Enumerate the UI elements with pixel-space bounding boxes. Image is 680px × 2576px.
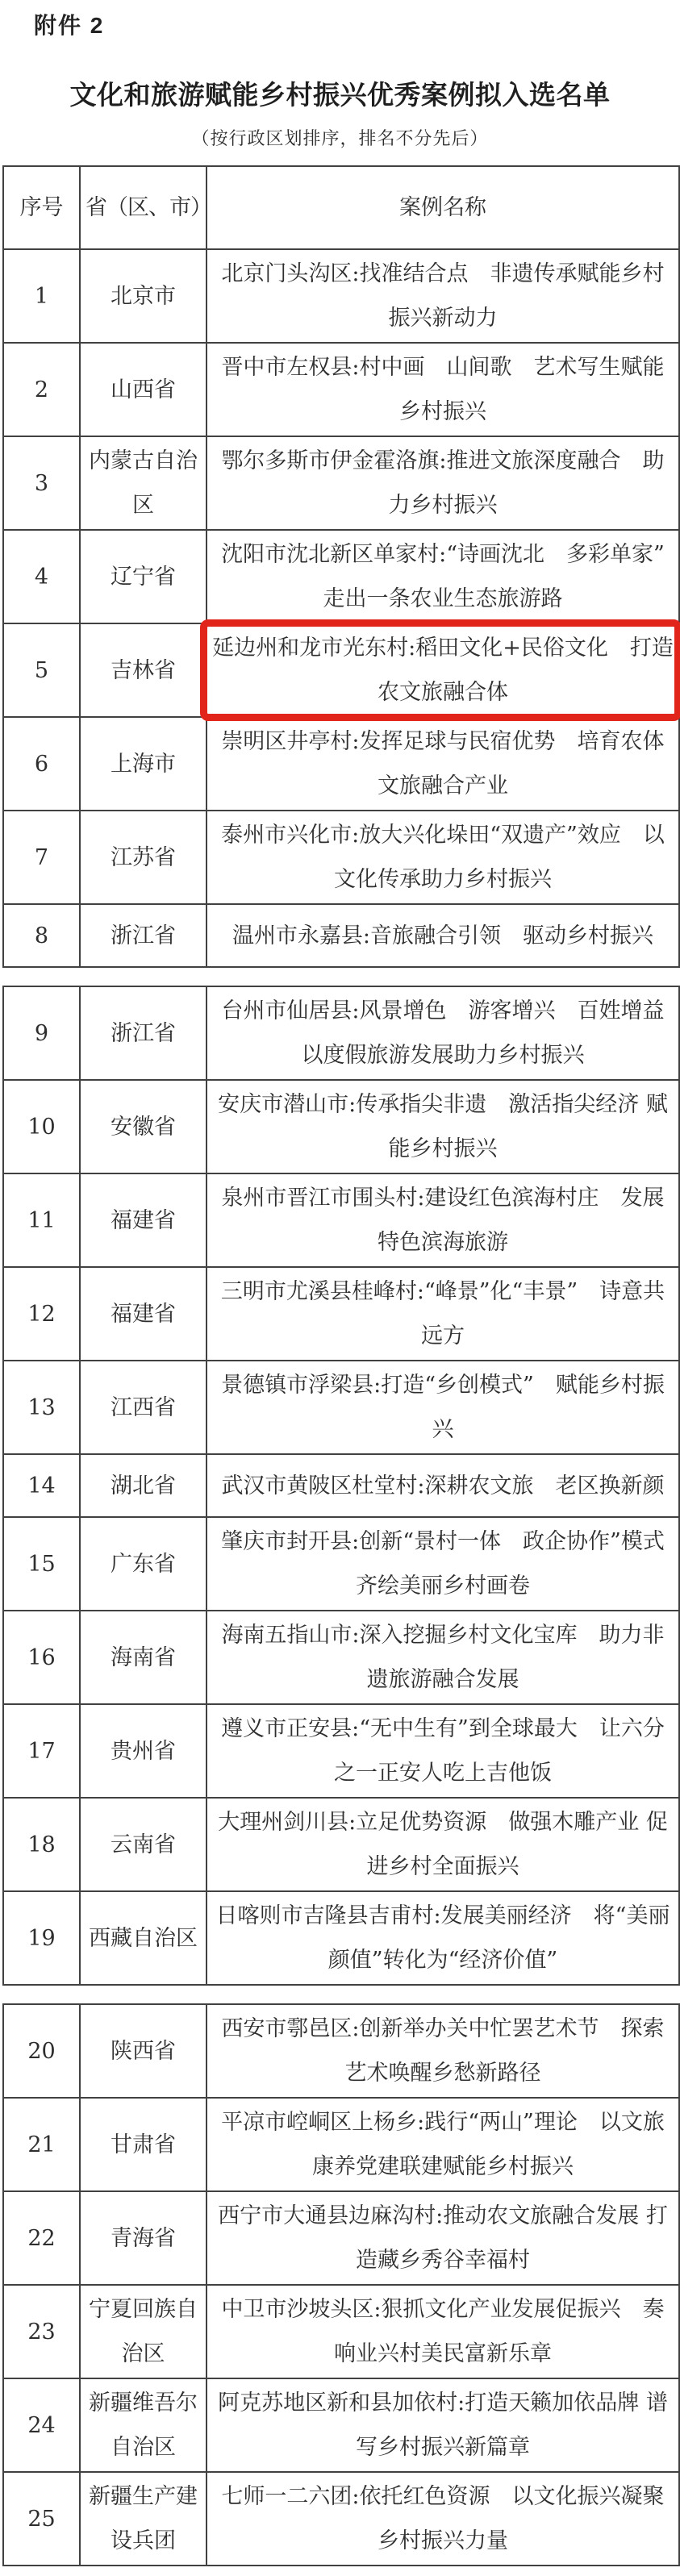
case-name-cell: 西宁市大通县边麻沟村:推动农文旅融合发展 打造藏乡秀谷幸福村: [207, 2191, 679, 2285]
row-number-cell: 7: [3, 811, 80, 904]
header-case: 案例名称: [207, 166, 679, 249]
row-number-cell: 13: [3, 1361, 80, 1454]
attachment-label: 附件 2: [34, 13, 680, 39]
table-header-row: 序号省（区、市）案例名称: [3, 166, 679, 249]
table-row: 12福建省三明市尤溪县桂峰村:“峰景”化“丰景” 诗意共远方: [3, 1267, 679, 1361]
case-name-cell: 安庆市潜山市:传承指尖非遗 激活指尖经济 赋能乡村振兴: [207, 1080, 679, 1173]
province-cell: 浙江省: [80, 986, 207, 1080]
case-name-cell: 鄂尔多斯市伊金霍洛旗:推进文旅深度融合 助力乡村振兴: [207, 436, 679, 530]
row-number-cell: 12: [3, 1267, 80, 1361]
table-row: 21甘肃省平凉市崆峒区上杨乡:践行“两山”理论 以文旅康养党建联建赋能乡村振兴: [3, 2098, 679, 2191]
province-cell: 陕西省: [80, 2004, 207, 2098]
row-number-cell: 15: [3, 1517, 80, 1611]
row-number-cell: 5: [3, 623, 80, 717]
table-row: 18云南省大理州剑川县:立足优势资源 做强木雕产业 促进乡村全面振兴: [3, 1798, 679, 1891]
row-number-cell: 22: [3, 2191, 80, 2285]
case-table-segment: 9浙江省台州市仙居县:风景增色 游客增兴 百姓增益 以度假旅游发展助力乡村振兴1…: [2, 986, 680, 1986]
case-name-cell: 西安市鄠邑区:创新举办关中忙罢艺术节 探索艺术唤醒乡愁新路径: [207, 2004, 679, 2098]
case-name-cell: 沈阳市沈北新区单家村:“诗画沈北 多彩单家” 走出一条农业生态旅游路: [207, 530, 679, 623]
page-subtitle: （按行政区划排序，排名不分先后）: [0, 127, 680, 152]
case-table-segment: 序号省（区、市）案例名称1北京市北京门头沟区:找准结合点 非遗传承赋能乡村振兴新…: [2, 165, 680, 968]
province-cell: 内蒙古自治区: [80, 436, 207, 530]
row-number-cell: 11: [3, 1173, 80, 1267]
table-row: 8浙江省温州市永嘉县:音旅融合引领 驱动乡村振兴: [3, 904, 679, 967]
case-name-cell: 日喀则市吉隆县吉甫村:发展美丽经济 将“美丽颜值”转化为“经济价值”: [207, 1891, 679, 1985]
row-number-cell: 16: [3, 1611, 80, 1704]
row-number-cell: 23: [3, 2285, 80, 2378]
province-cell: 贵州省: [80, 1704, 207, 1798]
case-name-cell: 平凉市崆峒区上杨乡:践行“两山”理论 以文旅康养党建联建赋能乡村振兴: [207, 2098, 679, 2191]
province-cell: 吉林省: [80, 623, 207, 717]
province-cell: 安徽省: [80, 1080, 207, 1173]
table-row: 23宁夏回族自治区中卫市沙坡头区:狠抓文化产业发展促振兴 奏响业兴村美民富新乐章: [3, 2285, 679, 2378]
case-name-cell: 北京门头沟区:找准结合点 非遗传承赋能乡村振兴新动力: [207, 249, 679, 343]
province-cell: 新疆维吾尔自治区: [80, 2378, 207, 2472]
row-number-cell: 19: [3, 1891, 80, 1985]
province-cell: 江苏省: [80, 811, 207, 904]
case-name-cell: 台州市仙居县:风景增色 游客增兴 百姓增益 以度假旅游发展助力乡村振兴: [207, 986, 679, 1080]
table-row: 9浙江省台州市仙居县:风景增色 游客增兴 百姓增益 以度假旅游发展助力乡村振兴: [3, 986, 679, 1080]
row-number-cell: 25: [3, 2472, 80, 2566]
province-cell: 青海省: [80, 2191, 207, 2285]
table-row: 16海南省海南五指山市:深入挖掘乡村文化宝库 助力非遗旅游融合发展: [3, 1611, 679, 1704]
table-row: 5吉林省延边州和龙市光东村:稻田文化+民俗文化 打造农文旅融合体: [3, 623, 679, 717]
province-cell: 浙江省: [80, 904, 207, 967]
case-name-cell: 晋中市左权县:村中画 山间歌 艺术写生赋能乡村振兴: [207, 343, 679, 436]
row-number-cell: 14: [3, 1454, 80, 1517]
province-cell: 海南省: [80, 1611, 207, 1704]
table-row: 2山西省晋中市左权县:村中画 山间歌 艺术写生赋能乡村振兴: [3, 343, 679, 436]
row-number-cell: 20: [3, 2004, 80, 2098]
row-number-cell: 8: [3, 904, 80, 967]
row-number-cell: 10: [3, 1080, 80, 1173]
table-row: 20陕西省西安市鄠邑区:创新举办关中忙罢艺术节 探索艺术唤醒乡愁新路径: [3, 2004, 679, 2098]
row-number-cell: 1: [3, 249, 80, 343]
province-cell: 福建省: [80, 1173, 207, 1267]
case-name-cell: 七师一二六团:依托红色资源 以文化振兴凝聚乡村振兴力量: [207, 2472, 679, 2566]
table-row: 3内蒙古自治区鄂尔多斯市伊金霍洛旗:推进文旅深度融合 助力乡村振兴: [3, 436, 679, 530]
case-name-cell: 中卫市沙坡头区:狠抓文化产业发展促振兴 奏响业兴村美民富新乐章: [207, 2285, 679, 2378]
table-row: 22青海省西宁市大通县边麻沟村:推动农文旅融合发展 打造藏乡秀谷幸福村: [3, 2191, 679, 2285]
row-number-cell: 24: [3, 2378, 80, 2472]
table-row: 6上海市崇明区井亭村:发挥足球与民宿优势 培育农体文旅融合产业: [3, 717, 679, 811]
highlight-box: [200, 619, 680, 721]
case-name-cell: 武汉市黄陂区杜堂村:深耕农文旅 老区换新颜: [207, 1454, 679, 1517]
header-province: 省（区、市）: [80, 166, 207, 249]
table-row: 7江苏省泰州市兴化市:放大兴化垛田“双遗产”效应 以文化传承助力乡村振兴: [3, 811, 679, 904]
case-name-cell: 泉州市晋江市围头村:建设红色滨海村庄 发展特色滨海旅游: [207, 1173, 679, 1267]
province-cell: 北京市: [80, 249, 207, 343]
province-cell: 广东省: [80, 1517, 207, 1611]
case-name-cell: 海南五指山市:深入挖掘乡村文化宝库 助力非遗旅游融合发展: [207, 1611, 679, 1704]
row-number-cell: 4: [3, 530, 80, 623]
row-number-cell: 2: [3, 343, 80, 436]
case-name-cell: 三明市尤溪县桂峰村:“峰景”化“丰景” 诗意共远方: [207, 1267, 679, 1361]
case-name-cell: 大理州剑川县:立足优势资源 做强木雕产业 促进乡村全面振兴: [207, 1798, 679, 1891]
case-name-cell: 肇庆市封开县:创新“景村一体 政企协作”模式 齐绘美丽乡村画卷: [207, 1517, 679, 1611]
province-cell: 云南省: [80, 1798, 207, 1891]
province-cell: 湖北省: [80, 1454, 207, 1517]
case-name-cell: 崇明区井亭村:发挥足球与民宿优势 培育农体文旅融合产业: [207, 717, 679, 811]
header-index: 序号: [3, 166, 80, 249]
case-name-cell: 延边州和龙市光东村:稻田文化+民俗文化 打造农文旅融合体: [207, 623, 679, 717]
table-row: 17贵州省遵义市正安县:“无中生有”到全球最大 让六分之一正安人吃上吉他饭: [3, 1704, 679, 1798]
table-row: 15广东省肇庆市封开县:创新“景村一体 政企协作”模式 齐绘美丽乡村画卷: [3, 1517, 679, 1611]
table-row: 25新疆生产建设兵团七师一二六团:依托红色资源 以文化振兴凝聚乡村振兴力量: [3, 2472, 679, 2566]
province-cell: 福建省: [80, 1267, 207, 1361]
province-cell: 宁夏回族自治区: [80, 2285, 207, 2378]
province-cell: 西藏自治区: [80, 1891, 207, 1985]
table-row: 24新疆维吾尔自治区阿克苏地区新和县加依村:打造天籁加依品牌 谱写乡村振兴新篇章: [3, 2378, 679, 2472]
case-name-cell: 温州市永嘉县:音旅融合引领 驱动乡村振兴: [207, 904, 679, 967]
row-number-cell: 21: [3, 2098, 80, 2191]
row-number-cell: 3: [3, 436, 80, 530]
table-row: 13江西省景德镇市浮梁县:打造“乡创模式” 赋能乡村振兴: [3, 1361, 679, 1454]
table-row: 11福建省泉州市晋江市围头村:建设红色滨海村庄 发展特色滨海旅游: [3, 1173, 679, 1267]
case-name-cell: 阿克苏地区新和县加依村:打造天籁加依品牌 谱写乡村振兴新篇章: [207, 2378, 679, 2472]
case-name-cell: 景德镇市浮梁县:打造“乡创模式” 赋能乡村振兴: [207, 1361, 679, 1454]
row-number-cell: 9: [3, 986, 80, 1080]
table-row: 10安徽省安庆市潜山市:传承指尖非遗 激活指尖经济 赋能乡村振兴: [3, 1080, 679, 1173]
row-number-cell: 6: [3, 717, 80, 811]
province-cell: 新疆生产建设兵团: [80, 2472, 207, 2566]
row-number-cell: 17: [3, 1704, 80, 1798]
province-cell: 山西省: [80, 343, 207, 436]
province-cell: 辽宁省: [80, 530, 207, 623]
province-cell: 江西省: [80, 1361, 207, 1454]
table-row: 19西藏自治区日喀则市吉隆县吉甫村:发展美丽经济 将“美丽颜值”转化为“经济价值…: [3, 1891, 679, 1985]
case-name-cell: 遵义市正安县:“无中生有”到全球最大 让六分之一正安人吃上吉他饭: [207, 1704, 679, 1798]
table-row: 1北京市北京门头沟区:找准结合点 非遗传承赋能乡村振兴新动力: [3, 249, 679, 343]
table-row: 4辽宁省沈阳市沈北新区单家村:“诗画沈北 多彩单家” 走出一条农业生态旅游路: [3, 530, 679, 623]
table-row: 14湖北省武汉市黄陂区杜堂村:深耕农文旅 老区换新颜: [3, 1454, 679, 1517]
page-title: 文化和旅游赋能乡村振兴优秀案例拟入选名单: [0, 79, 680, 111]
province-cell: 上海市: [80, 717, 207, 811]
case-name-cell: 泰州市兴化市:放大兴化垛田“双遗产”效应 以文化传承助力乡村振兴: [207, 811, 679, 904]
case-table-segment: 20陕西省西安市鄠邑区:创新举办关中忙罢艺术节 探索艺术唤醒乡愁新路径21甘肃省…: [2, 2003, 680, 2566]
row-number-cell: 18: [3, 1798, 80, 1891]
case-table: 序号省（区、市）案例名称1北京市北京门头沟区:找准结合点 非遗传承赋能乡村振兴新…: [2, 165, 678, 2566]
province-cell: 甘肃省: [80, 2098, 207, 2191]
